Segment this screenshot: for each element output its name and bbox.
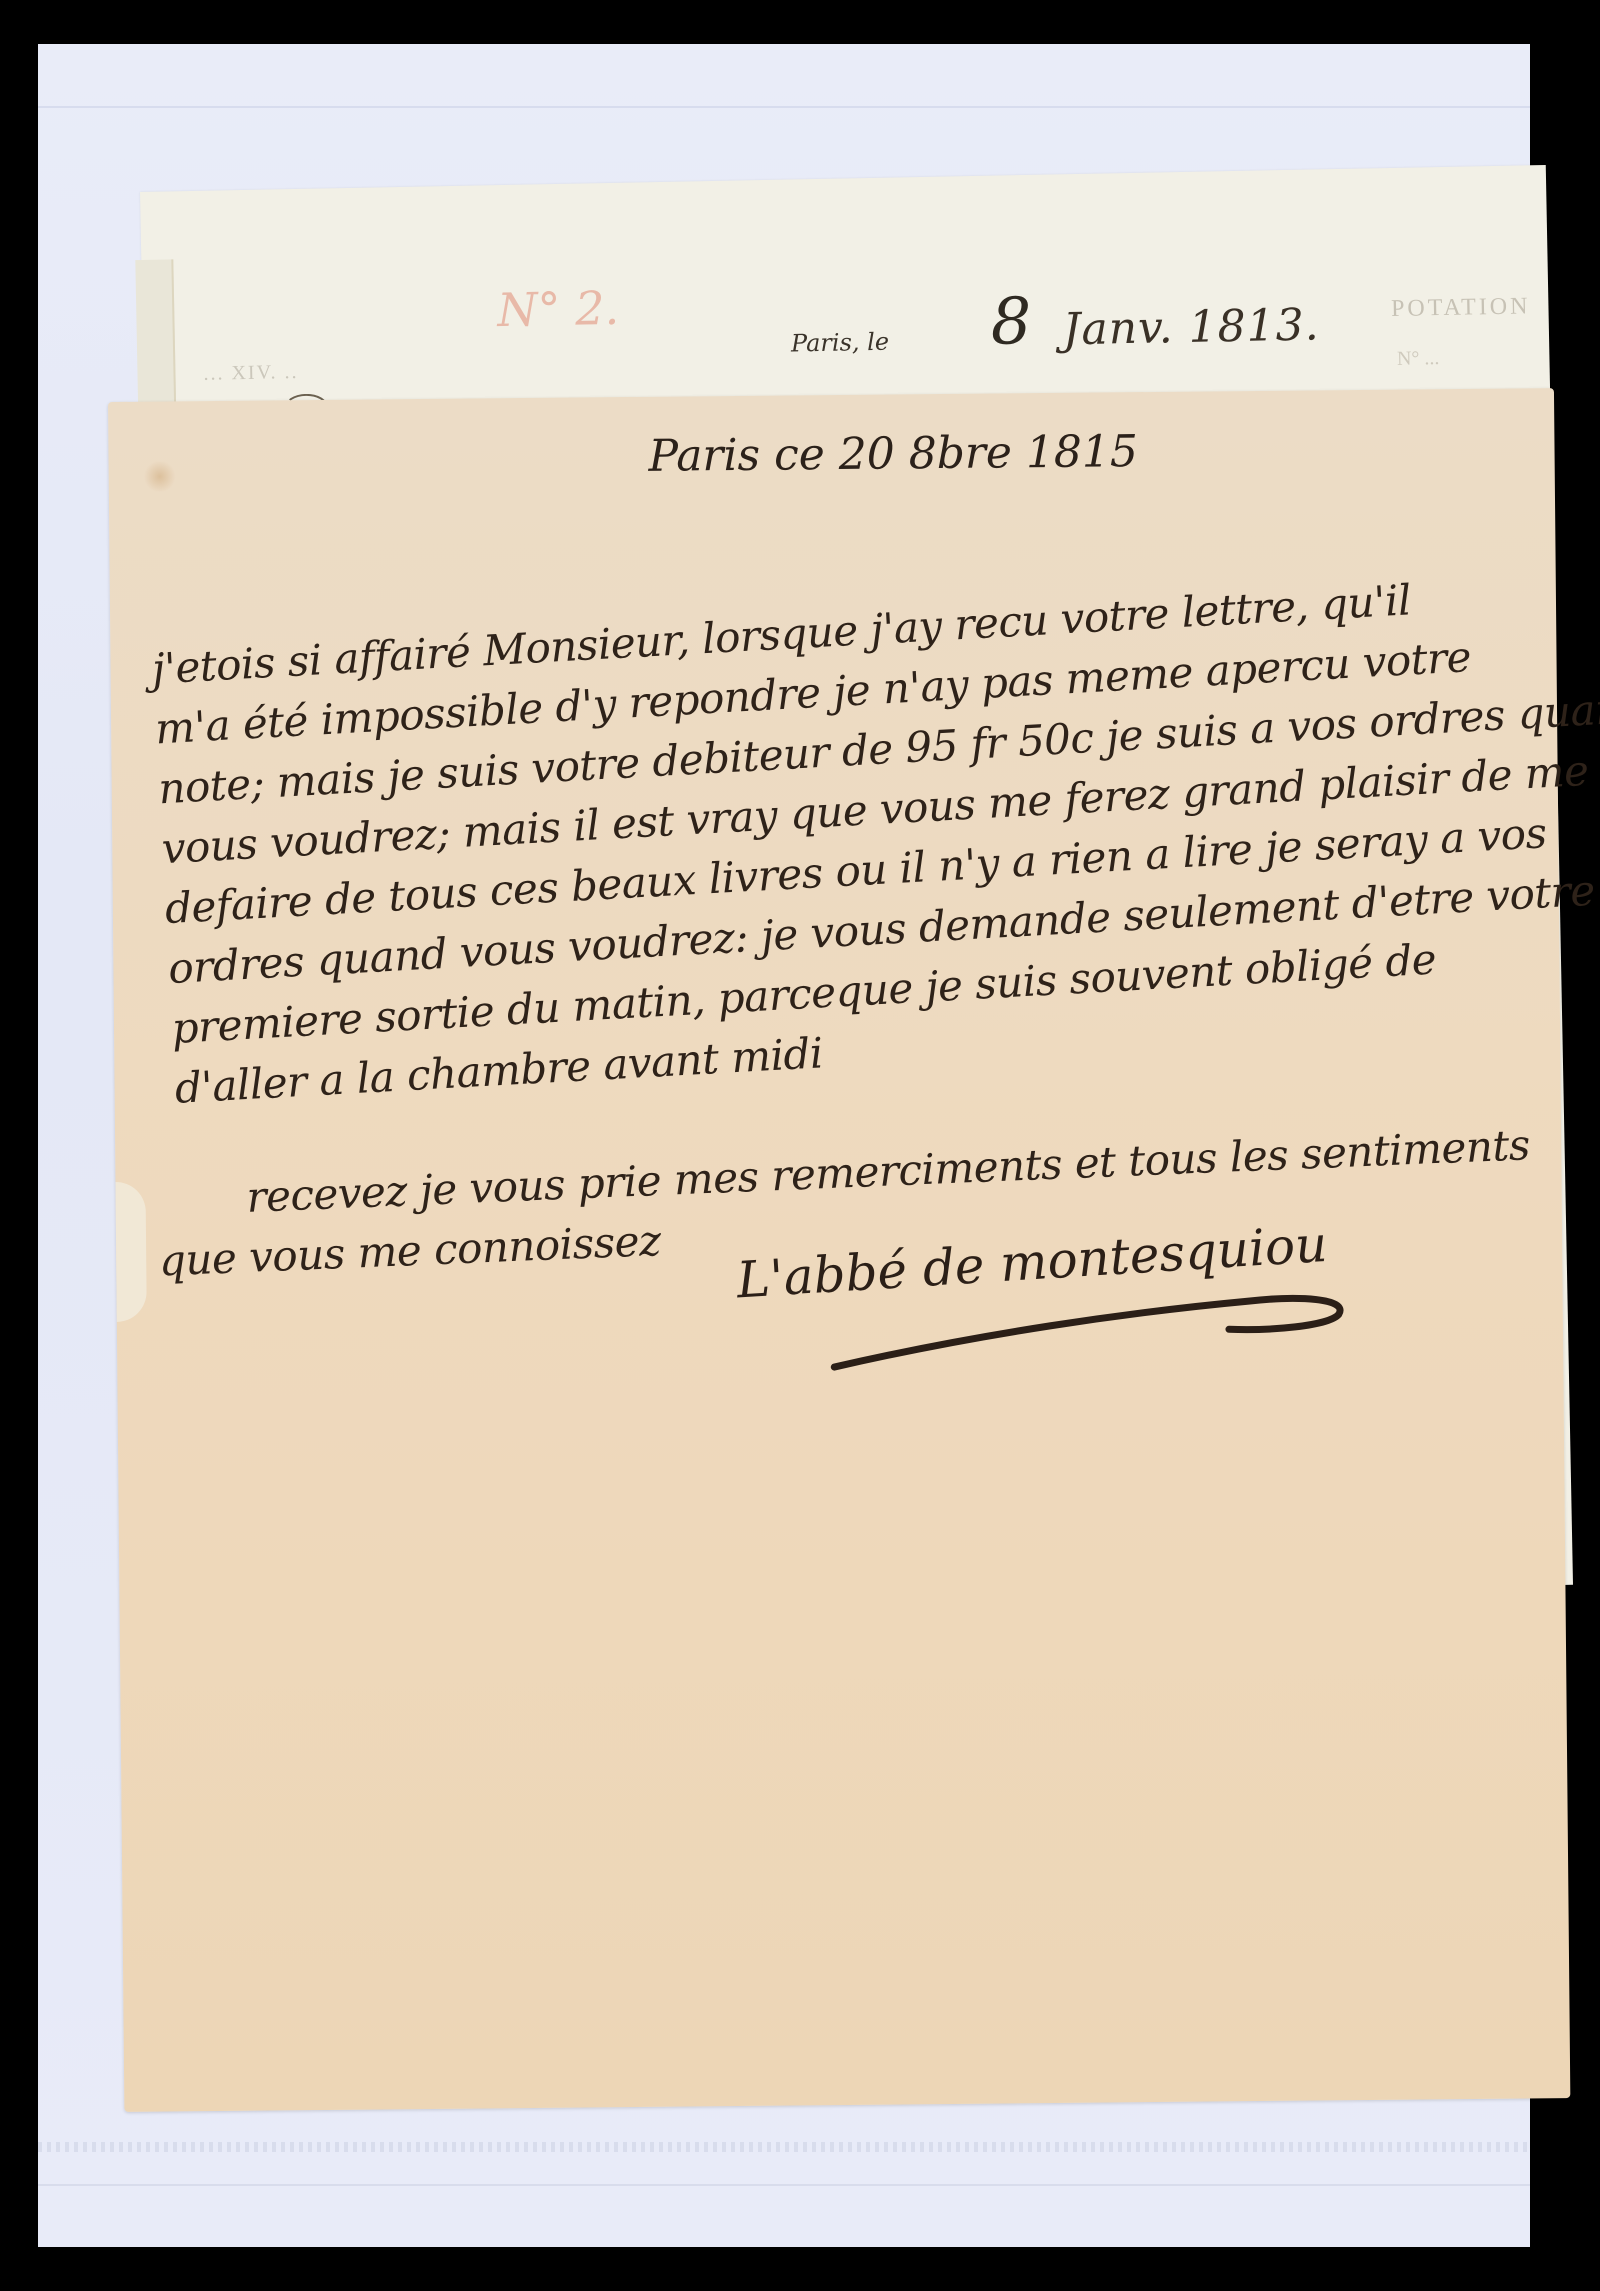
sleeve-top-fold bbox=[38, 106, 1530, 108]
sleeve-bottom-edge bbox=[38, 2184, 1530, 2186]
place-label: Paris, le bbox=[791, 328, 890, 358]
signature-flourish bbox=[829, 1290, 1370, 1375]
manuscript-letter: Paris ce 20 8bre 1815 j'etois si affairé… bbox=[108, 388, 1570, 2112]
sleeve-perforation bbox=[38, 2142, 1530, 2152]
letter-dateline: Paris ce 20 8bre 1815 bbox=[648, 426, 1138, 482]
edge-repair-patch bbox=[115, 1182, 146, 1322]
faint-print-right-2: N° ... bbox=[1397, 347, 1440, 371]
faint-print-right: POTATION bbox=[1391, 293, 1531, 323]
faint-print-left: ... XIV. .. bbox=[203, 361, 298, 386]
paper-stain bbox=[143, 461, 177, 491]
red-number-mark: N° 2. bbox=[497, 281, 620, 337]
date-text: Janv. 1813. bbox=[1062, 299, 1320, 355]
letter-body: j'etois si affairé Monsieur, lorsque j'a… bbox=[150, 563, 1574, 1119]
album-sleeve: N° 2. ... XIV. .. Paris, le 8 Janv. 1813… bbox=[38, 44, 1530, 2247]
date-day: 8 bbox=[990, 285, 1032, 360]
